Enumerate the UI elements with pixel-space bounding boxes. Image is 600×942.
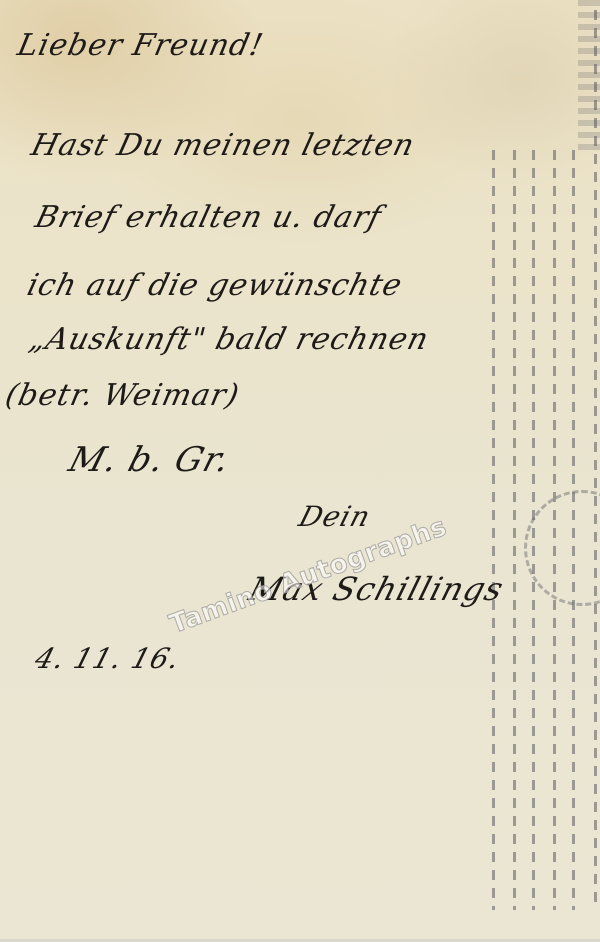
letter-body-line: Brief erhalten u. darf (32, 200, 386, 235)
cancellation-bar (594, 10, 597, 910)
signature-salutation: Dein (295, 500, 374, 533)
letter-closing: M. b. Gr. (64, 440, 235, 480)
letter-body-line: „Auskunft" bald rechnen (26, 322, 433, 357)
letter-greeting: Lieber Freund! (14, 28, 266, 63)
cancellation-bar (513, 150, 516, 910)
letter-body-line: ich auf die gewünschte (24, 268, 407, 303)
letter-date: 4. 11. 16. (31, 642, 184, 675)
letter-body-line: (betr. Weimar) (2, 378, 242, 413)
letter-page: Lieber Freund! Hast Du meinen letzten Br… (0, 0, 600, 942)
letter-body-line: Hast Du meinen letzten (28, 128, 419, 163)
cancellation-bar (492, 150, 495, 910)
postmark-circle (524, 490, 600, 606)
